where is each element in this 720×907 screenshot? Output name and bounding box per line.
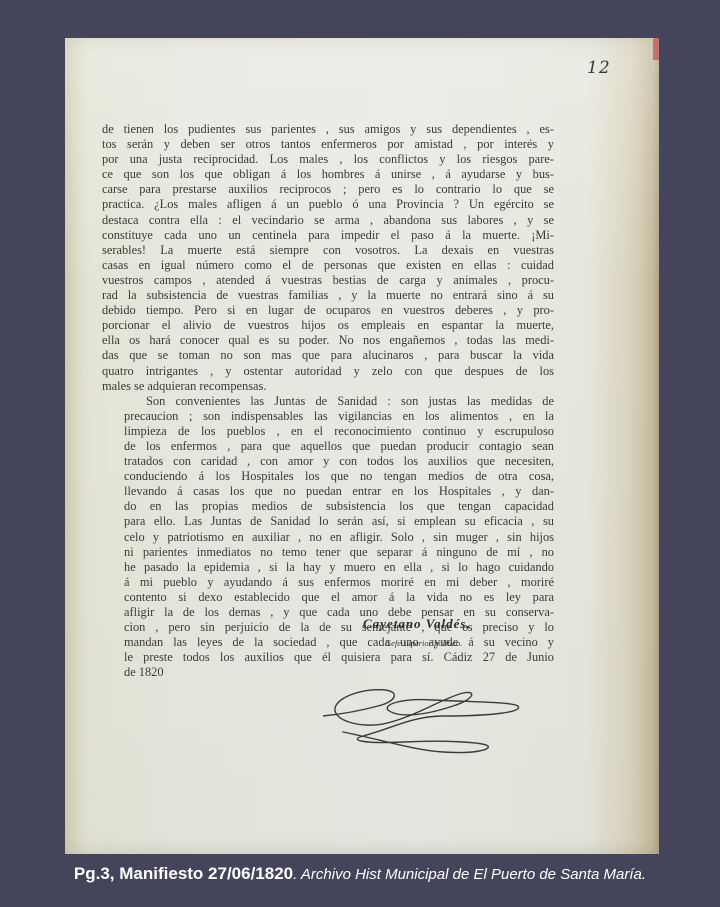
- text-line: de los enfermos , para que aquellos que …: [102, 439, 554, 454]
- image-caption: Pg.3, Manifiesto 27/06/1820. Archivo His…: [0, 858, 720, 890]
- text-line: quatro intrigantes , y ostentar autorida…: [102, 364, 554, 379]
- text-line: de tienen los pudientes sus parientes , …: [102, 122, 554, 137]
- text-line: destaca contra ella : el vecindario se a…: [102, 213, 554, 228]
- text-line: llevando á casas los que no puedan entra…: [102, 484, 554, 499]
- text-line: ella os hará conocer qual es su poder. N…: [102, 333, 554, 348]
- caption-title: Pg.3, Manifiesto 27/06/1820: [74, 864, 293, 883]
- text-line: tos serán y deben ser otros tantos enfer…: [102, 137, 554, 152]
- text-line: de 1820: [102, 665, 554, 680]
- text-line: conduciendo á los Hospitales los que no …: [102, 469, 554, 484]
- text-line: limpieza de los pueblos , en el reconoci…: [102, 424, 554, 439]
- text-line: casas en igual número como el de persona…: [102, 258, 554, 273]
- text-line: vuestros campos , atended á vuestras bes…: [102, 273, 554, 288]
- text-line: á mi pueblo y ayudando á sus enfermos mo…: [102, 575, 554, 590]
- text-line: ce que son los que obligan á los hombres…: [102, 167, 554, 182]
- page-number: 12: [587, 58, 611, 78]
- text-line: practica. ¿Los males afligen á un pueblo…: [102, 197, 554, 212]
- text-line: le preste todos los auxilios que él quis…: [102, 650, 554, 665]
- text-line: porcionar el alivio de vuestros hijos os…: [102, 318, 554, 333]
- text-line: Son convenientes las Juntas de Sanidad :…: [102, 394, 554, 409]
- text-line: contento si dexo establecido que el amor…: [102, 590, 554, 605]
- text-line: tratados con caridad , con amor y con to…: [102, 454, 554, 469]
- text-line: celo y patriotismo en auxiliar , no en a…: [102, 530, 554, 545]
- page-edge-mark: [653, 38, 659, 60]
- text-line: das que se toman no son mas que para alu…: [102, 348, 554, 363]
- text-line: precaucion ; son indispensables las vigi…: [102, 409, 554, 424]
- text-line: serables! La muerte está siempre con vos…: [102, 243, 554, 258]
- signatory-title: Gefe superior político.: [385, 638, 543, 648]
- paragraph: de tienen los pudientes sus parientes , …: [102, 122, 554, 394]
- text-line: debido tiempo. Pero si en lugar de ocupa…: [102, 303, 554, 318]
- text-line: para ello. Las Juntas de Sanidad lo será…: [102, 514, 554, 529]
- handwritten-signature-icon: [323, 688, 523, 758]
- text-line: por una justa reciprocidad. Los males , …: [102, 152, 554, 167]
- text-line: ni parientes inmediatos no temo tener qu…: [102, 545, 554, 560]
- text-line: males se adquieran recompensas.: [102, 379, 554, 394]
- text-line: do en las propias medios de subsistencia…: [102, 499, 554, 514]
- document-photo: 12 de tienen los pudientes sus parientes…: [65, 38, 659, 854]
- caption-source: . Archivo Hist Municipal de El Puerto de…: [293, 866, 646, 883]
- text-line: constituye cada uno un centinela para im…: [102, 228, 554, 243]
- signatory-name: Cayetano Valdés,: [363, 616, 543, 632]
- signature-block: Cayetano Valdés, Gefe superior político.: [363, 616, 543, 648]
- text-line: rad la subsistencia de vuestras familias…: [102, 288, 554, 303]
- text-line: he pasado la epidemia , si la hay y muer…: [102, 560, 554, 575]
- text-line: carse para prestarse auxilios reciprocos…: [102, 182, 554, 197]
- manifesto-body-text: de tienen los pudientes sus parientes , …: [102, 122, 554, 680]
